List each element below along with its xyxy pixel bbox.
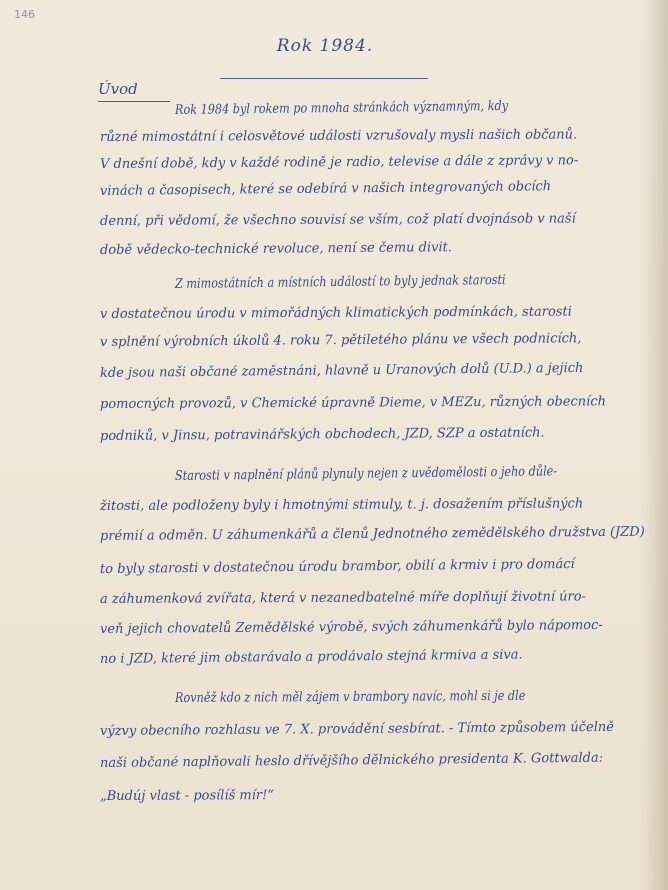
text-line: době vědecko-technické revoluce, není se… xyxy=(100,240,652,258)
title-underline xyxy=(220,78,428,79)
chronicle-page: 146 Rok 1984. Úvod Rok 1984 byl rokem po… xyxy=(0,0,668,890)
text-line: Rok 1984 byl rokem po mnoha stránkách vý… xyxy=(175,98,652,117)
text-line: a záhumenková zvířata, která v nezanedba… xyxy=(100,590,652,606)
text-line: Z mimostátních a místních událostí to by… xyxy=(175,272,652,291)
text-line: veň jejich chovatelů Zemědělské výrobě, … xyxy=(100,619,652,637)
text-line: no i JZD, které jim obstarávalo a prodáv… xyxy=(100,647,652,666)
page-number: 146 xyxy=(14,8,35,21)
text-line: podniků, v Jinsu, potravinářských obchod… xyxy=(100,426,652,444)
text-line: Starosti v naplnění plánů plynuly nejen … xyxy=(175,464,652,483)
text-line: žitosti, ale podloženy byly i hmotnými s… xyxy=(100,497,652,513)
text-line: to byly starosti v dostatečnou úrodu bra… xyxy=(100,557,652,576)
text-line: v dostatečnou úrodu v mimořádných klimat… xyxy=(100,305,652,321)
text-line: denní, při vědomí, že všechno souvisí se… xyxy=(100,212,652,228)
text-line: v splnění výrobních úkolů 4. roku 7. pět… xyxy=(100,332,652,350)
text-line: kde jsou naši občané zaměstnáni, hlavně … xyxy=(100,361,652,380)
text-line: V dnešní době, kdy v každé rodině je rad… xyxy=(100,154,652,172)
text-line: Rovněž kdo z nich měl zájem v brambory n… xyxy=(175,689,652,705)
text-line: výzvy obecního rozhlasu ve 7. X. provádě… xyxy=(100,721,652,739)
text-line: vinách a časopisech, které se odebírá v … xyxy=(100,179,652,198)
text-line: prémií a odměn. U záhumenkářů a členů Je… xyxy=(100,526,652,544)
text-line: pomocných provozů, v Chemické úpravně Di… xyxy=(100,395,652,411)
page-title: Rok 1984. xyxy=(220,36,430,56)
text-line: různé mimostátní i celosvětové události … xyxy=(100,128,652,144)
section-underline xyxy=(98,101,170,102)
text-line: „Budúj vlast - posílíš mír!“ xyxy=(100,787,652,803)
section-heading: Úvod xyxy=(98,80,138,98)
text-line: naši občané naplňovali heslo dřívějšího … xyxy=(100,751,652,770)
